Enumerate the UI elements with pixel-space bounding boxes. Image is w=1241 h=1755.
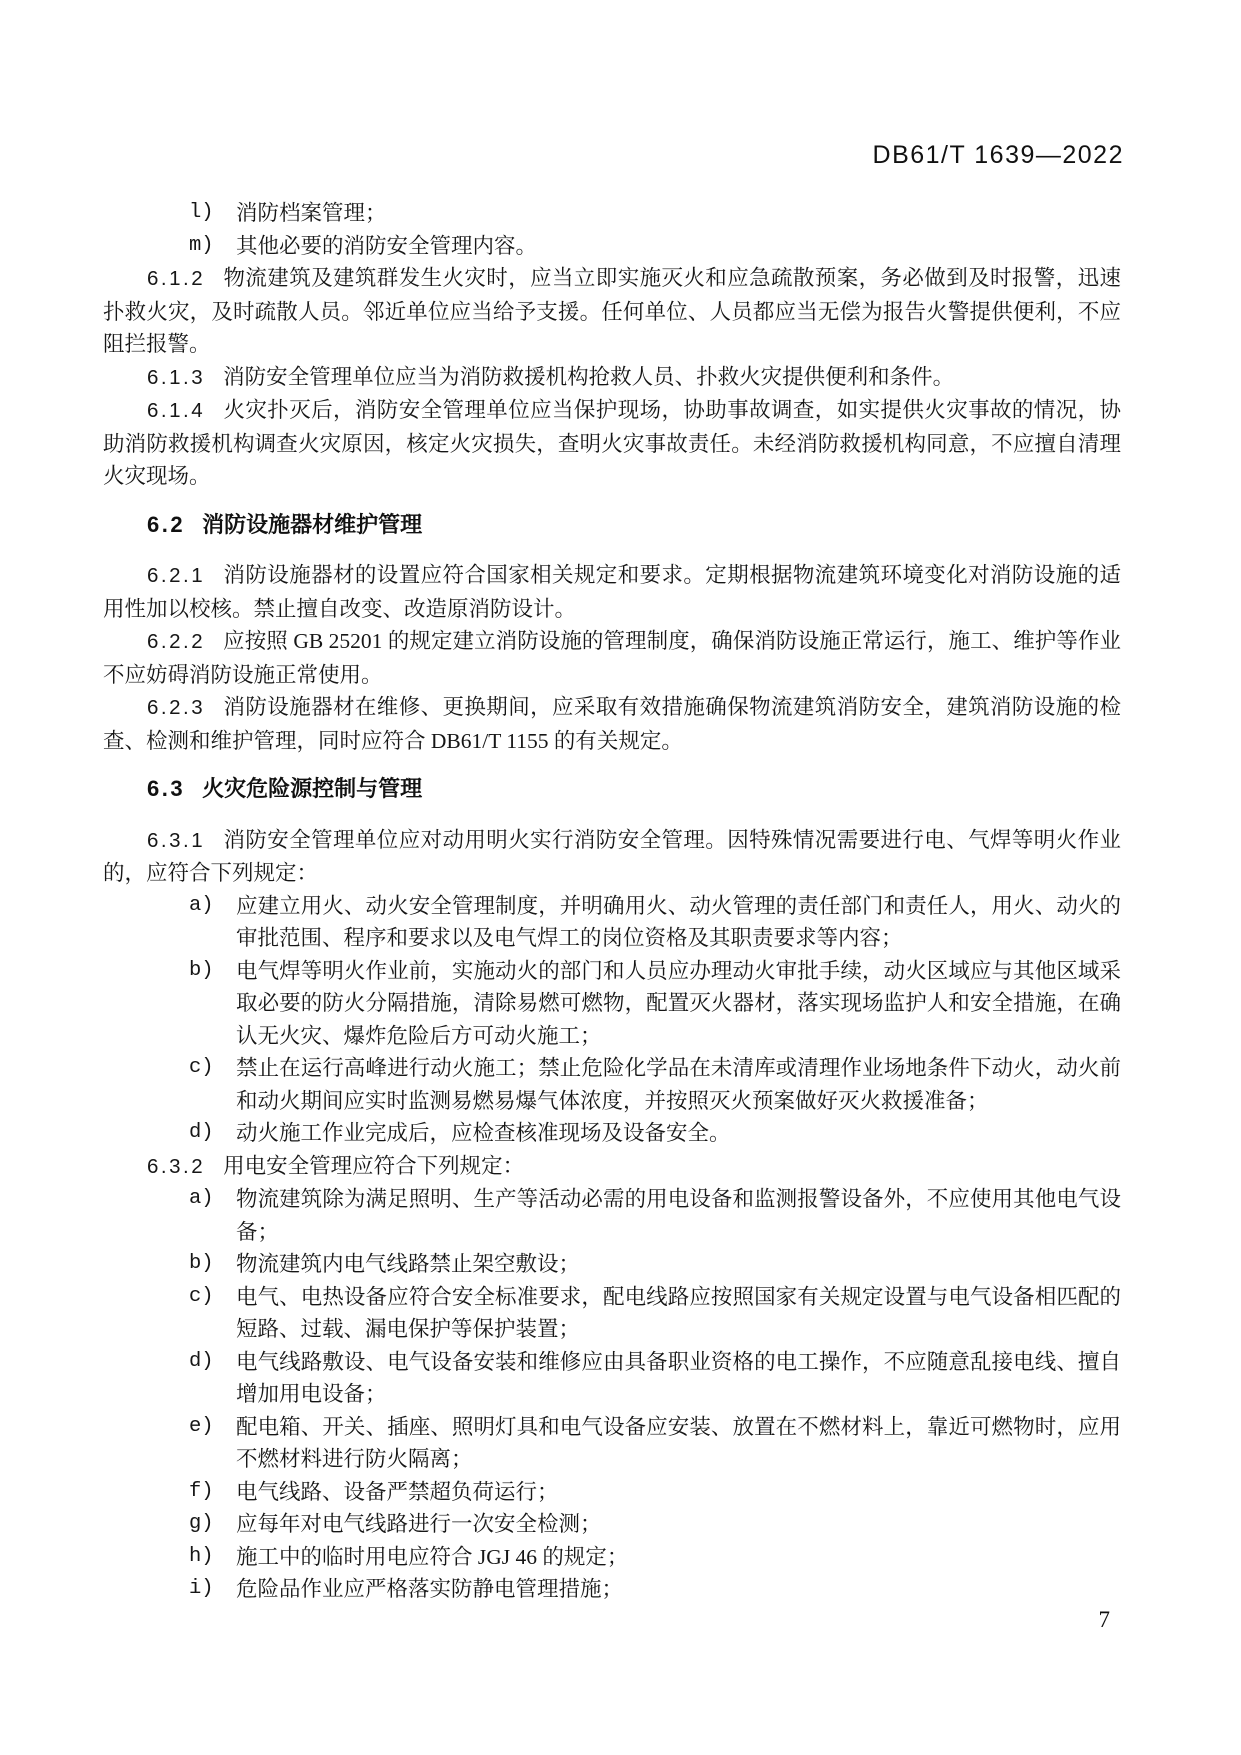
clause-text: 物流建筑及建筑群发生火灾时，应当立即实施灭火和应急疏散预案，务必做到及时报警，迅…	[103, 266, 1121, 356]
clause-text: 应按照 GB 25201 的规定建立消防设施的管理制度，确保消防设施正常运行，施…	[103, 629, 1121, 687]
clause-text: 消防设施器材在维修、更换期间，应采取有效措施确保物流建筑消防安全，建筑消防设施的…	[103, 695, 1121, 753]
clause-paragraph: 6.3.1消防安全管理单位应对动用明火实行消防安全管理。因特殊情况需要进行电、气…	[103, 824, 1121, 890]
list-item-text: 应建立用火、动火安全管理制度，并明确用火、动火管理的责任部门和责任人，用火、动火…	[236, 890, 1121, 955]
clause-paragraph: 6.1.4火灾扑灭后，消防安全管理单位应当保护现场，协助事故调查，如实提供火灾事…	[103, 394, 1121, 493]
list-item: g)应每年对电气线路进行一次安全检测；	[103, 1508, 1121, 1541]
list-item-text: 施工中的临时用电应符合 JGJ 46 的规定；	[236, 1541, 1121, 1574]
clause-number: 6.2.2	[147, 630, 205, 653]
list-item-text: 电气线路、设备严禁超负荷运行；	[236, 1476, 1121, 1509]
standard-number: DB61/T 1639—2022	[873, 141, 1124, 169]
clause-paragraph: 6.1.3消防安全管理单位应当为消防救援机构抢救人员、扑救火灾提供便利和条件。	[103, 361, 1121, 395]
list-item-text: 配电箱、开关、插座、照明灯具和电气设备应安装、放置在不燃材料上，靠近可燃物时，应…	[236, 1411, 1121, 1476]
clause-number: 6.1.3	[147, 366, 205, 389]
list-item: d)动火施工作业完成后，应检查核准现场及设备安全。	[103, 1117, 1121, 1150]
list-item-label: f)	[189, 1476, 236, 1509]
section-heading: 6.3火灾危险源控制与管理	[147, 773, 1121, 806]
clause-text: 消防安全管理单位应对动用明火实行消防安全管理。因特殊情况需要进行电、气焊等明火作…	[103, 828, 1121, 886]
list-item-text: 电气焊等明火作业前，实施动火的部门和人员应办理动火审批手续，动火区域应与其他区域…	[236, 955, 1121, 1053]
list-item-label: b)	[189, 955, 236, 1053]
clause-paragraph: 6.1.2物流建筑及建筑群发生火灾时，应当立即实施灭火和应急疏散预案，务必做到及…	[103, 262, 1121, 361]
clause-text: 消防设施器材的设置应符合国家相关规定和要求。定期根据物流建筑环境变化对消防设施的…	[103, 563, 1121, 621]
clause-paragraph: 6.3.2用电安全管理应符合下列规定：	[103, 1150, 1121, 1184]
clause-number: 6.1.4	[147, 399, 205, 422]
section-title: 火灾危险源控制与管理	[202, 776, 422, 801]
list-item: a)物流建筑除为满足照明、生产等活动必需的用电设备和监测报警设备外，不应使用其他…	[103, 1183, 1121, 1248]
list-item: f)电气线路、设备严禁超负荷运行；	[103, 1476, 1121, 1509]
list-item: h)施工中的临时用电应符合 JGJ 46 的规定；	[103, 1541, 1121, 1574]
list-item: c)电气、电热设备应符合安全标准要求，配电线路应按照国家有关规定设置与电气设备相…	[103, 1281, 1121, 1346]
list-item-text: 电气线路敷设、电气设备安装和维修应由具备职业资格的电工操作，不应随意乱接电线、擅…	[236, 1346, 1121, 1411]
clause-paragraph: 6.2.3消防设施器材在维修、更换期间，应采取有效措施确保物流建筑消防安全，建筑…	[103, 691, 1121, 757]
clause-paragraph: 6.2.2应按照 GB 25201 的规定建立消防设施的管理制度，确保消防设施正…	[103, 625, 1121, 691]
list-item-label: b)	[189, 1248, 236, 1281]
list-item-label: i)	[189, 1573, 236, 1606]
list-item: l)消防档案管理；	[103, 197, 1121, 230]
list-item-label: c)	[189, 1052, 236, 1117]
clause-number: 6.2.3	[147, 696, 205, 719]
list-item: m)其他必要的消防安全管理内容。	[103, 230, 1121, 263]
list-item-label: d)	[189, 1117, 236, 1150]
clause-number: 6.1.2	[147, 267, 205, 290]
list-item: b)物流建筑内电气线路禁止架空敷设；	[103, 1248, 1121, 1281]
page-number: 7	[1099, 1607, 1111, 1632]
list-item-label: g)	[189, 1508, 236, 1541]
section-number: 6.2	[147, 512, 185, 537]
list-item: b)电气焊等明火作业前，实施动火的部门和人员应办理动火审批手续，动火区域应与其他…	[103, 955, 1121, 1053]
list-item-text: 危险品作业应严格落实防静电管理措施；	[236, 1573, 1121, 1606]
clause-number: 6.2.1	[147, 564, 205, 587]
list-item-text: 其他必要的消防安全管理内容。	[236, 230, 1121, 263]
list-item-label: l)	[189, 197, 236, 230]
list-item-text: 电气、电热设备应符合安全标准要求，配电线路应按照国家有关规定设置与电气设备相匹配…	[236, 1281, 1121, 1346]
list-item-label: d)	[189, 1346, 236, 1411]
clause-text: 消防安全管理单位应当为消防救援机构抢救人员、扑救火灾提供便利和条件。	[223, 365, 954, 389]
section-number: 6.3	[147, 776, 185, 801]
section-heading: 6.2消防设施器材维护管理	[147, 509, 1121, 542]
list-item: i)危险品作业应严格落实防静电管理措施；	[103, 1573, 1121, 1606]
list-item: e)配电箱、开关、插座、照明灯具和电气设备应安装、放置在不燃材料上，靠近可燃物时…	[103, 1411, 1121, 1476]
list-item-label: a)	[189, 1183, 236, 1248]
document-header: DB61/T 1639—2022	[0, 141, 1124, 170]
document-page: DB61/T 1639—2022 l)消防档案管理；m)其他必要的消防安全管理内…	[0, 0, 1241, 1755]
page-footer: 7	[1099, 1607, 1111, 1633]
list-item-text: 物流建筑除为满足照明、生产等活动必需的用电设备和监测报警设备外，不应使用其他电气…	[236, 1183, 1121, 1248]
list-item-label: c)	[189, 1281, 236, 1346]
list-item: a)应建立用火、动火安全管理制度，并明确用火、动火管理的责任部门和责任人，用火、…	[103, 890, 1121, 955]
list-item-label: m)	[189, 230, 236, 263]
list-item-text: 消防档案管理；	[236, 197, 1121, 230]
clause-paragraph: 6.2.1消防设施器材的设置应符合国家相关规定和要求。定期根据物流建筑环境变化对…	[103, 559, 1121, 625]
list-item-label: a)	[189, 890, 236, 955]
list-item-label: h)	[189, 1541, 236, 1574]
clause-text: 用电安全管理应符合下列规定：	[223, 1154, 524, 1178]
list-item-label: e)	[189, 1411, 236, 1476]
clause-number: 6.3.1	[147, 829, 205, 852]
section-title: 消防设施器材维护管理	[202, 512, 422, 537]
clause-number: 6.3.2	[147, 1155, 205, 1178]
list-item-text: 禁止在运行高峰进行动火施工；禁止危险化学品在未清库或清理作业场地条件下动火，动火…	[236, 1052, 1121, 1117]
list-item-text: 动火施工作业完成后，应检查核准现场及设备安全。	[236, 1117, 1121, 1150]
list-item-text: 应每年对电气线路进行一次安全检测；	[236, 1508, 1121, 1541]
list-item: d)电气线路敷设、电气设备安装和维修应由具备职业资格的电工操作，不应随意乱接电线…	[103, 1346, 1121, 1411]
list-item-text: 物流建筑内电气线路禁止架空敷设；	[236, 1248, 1121, 1281]
clause-text: 火灾扑灭后，消防安全管理单位应当保护现场，协助事故调查，如实提供火灾事故的情况，…	[103, 398, 1121, 488]
list-item: c)禁止在运行高峰进行动火施工；禁止危险化学品在未清库或清理作业场地条件下动火，…	[103, 1052, 1121, 1117]
document-body: l)消防档案管理；m)其他必要的消防安全管理内容。6.1.2物流建筑及建筑群发生…	[103, 197, 1121, 1606]
